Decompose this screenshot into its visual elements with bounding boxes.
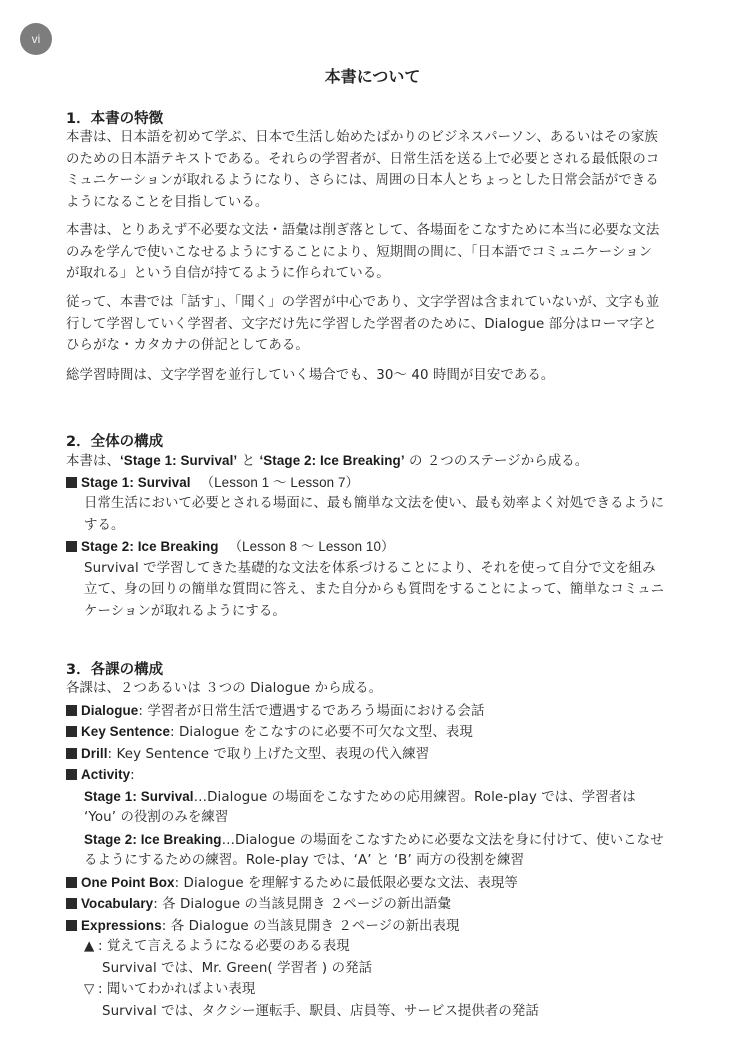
item-term: Activity [81,767,130,782]
text-line: 行して学習していく学習者、文字だけ先に学習した学習者のために、Dialogue … [66,314,696,336]
square-bullet-icon [66,705,77,716]
outline-triangle-icon: ▽ [84,979,98,1001]
stage2-name: ‘Stage 2: Ice Breaking’ [259,453,404,468]
text-line: 本書は、とりあえず不必要な文法・語彙は削ぎ落として、各場面をこなすために本当に必… [66,220,696,242]
section2-intro: 本書は、‘Stage 1: Survival’ と ‘Stage 2: Ice … [66,450,696,472]
list-item: Dialogue: 学習者が日常生活で遭遇するであろう場面における会話 [66,700,696,722]
mark-label: : 聞いてわかればよい表現 [98,982,255,997]
item-desc: : Dialogue をこなすのに必要不可欠な文型、表現 [170,725,473,740]
item-term: Expressions [81,918,162,933]
item-term: Vocabulary [81,896,153,911]
section3-intro: 各課は、２つあるいは ３つの Dialogue から成る。 [66,678,696,700]
text-line: ケーションが取れるようにする。 [66,601,696,623]
item-term: Dialogue [81,703,138,718]
filled-triangle-icon: ▲ [84,936,98,958]
list-item: Expressions: 各 Dialogue の当該見開き ２ページの新出表現 [66,915,696,937]
text: 本書は、 [66,454,120,469]
square-bullet-icon [66,726,77,737]
page-number-badge: vi [20,23,52,55]
text: と [237,454,259,469]
text: の ２つのステージから成る。 [405,454,589,469]
section1-heading: 1．本書の特徴 [66,107,696,128]
text-line: 本書は、日本語を初めて学ぶ、日本で生活し始めたばかりのビジネスパーソン、あるいは… [66,127,696,149]
page-title: 本書について [0,64,745,87]
activity-desc: …Dialogue の場面をこなすために必要な文法を身に付けて、使いこなせ [222,833,664,848]
square-bullet-icon [66,769,77,780]
text-line: Survival では、タクシー運転手、駅員、店員等、サービス提供者の発話 [66,1001,696,1023]
square-bullet-icon [66,748,77,759]
activity-stage2: Stage 2: Ice Breaking…Dialogue の場面をこなすため… [66,829,696,851]
section1-para3: 従って、本書では「話す」、「聞く」の学習が中心であり、文字学習は含まれていないが… [66,292,696,357]
text-line: るようにするための練習。Role-play では、‘A’ と ‘B’ 両方の役割… [66,850,696,872]
square-bullet-icon [66,920,77,931]
stage1-range: （Lesson 1 ～ Lesson 7） [191,475,359,490]
section1-para1: 本書は、日本語を初めて学ぶ、日本で生活し始めたばかりのビジネスパーソン、あるいは… [66,127,696,213]
text-line: 総学習時間は、文字学習を並行していく場合でも、30～ 40 時間が目安である。 [66,365,696,387]
text-line: ミュニケーションが取れるようになり、さらには、周囲の日本人とちょっとした日常会話… [66,170,696,192]
section3-heading: 3．各課の構成 [66,658,696,679]
activity-desc: …Dialogue の場面をこなすための応用練習。Role-play では、学習… [194,790,636,805]
mark-item: ▽: 聞いてわかればよい表現 [66,979,696,1001]
activity-stage1: Stage 1: Survival…Dialogue の場面をこなすための応用練… [66,786,696,808]
text-line: Survival で学習してきた基礎的な文法を体系づけることにより、それを使って… [66,558,696,580]
activity-stage-label: Stage 1: Survival [84,789,194,804]
section1-para2: 本書は、とりあえず不必要な文法・語彙は削ぎ落として、各場面をこなすために本当に必… [66,220,696,285]
text-line: 従って、本書では「話す」、「聞く」の学習が中心であり、文字学習は含まれていないが… [66,292,696,314]
activity-stage-label: Stage 2: Ice Breaking [84,832,222,847]
item-desc: : 学習者が日常生活で遭遇するであろう場面における会話 [138,704,484,719]
section2-body: 本書は、‘Stage 1: Survival’ と ‘Stage 2: Ice … [66,450,696,622]
stage1-name: ‘Stage 1: Survival’ [120,453,237,468]
item-desc: : Dialogue を理解するために最低限必要な文法、表現等 [175,876,518,891]
section2-heading: 2．全体の構成 [66,430,696,451]
text-line: のための日本語テキストである。それらの学習者が、日常生活を送る上で必要とされる最… [66,149,696,171]
list-item: Activity: [66,764,696,786]
list-item: Drill: Key Sentence で取り上げた文型、表現の代入練習 [66,743,696,765]
text-line: ‘You’ の役割のみを練習 [66,807,696,829]
square-bullet-icon [66,477,77,488]
item-desc: : [130,768,135,783]
text-line: ひらがな・カタカナの併記としてある。 [66,335,696,357]
list-item: Vocabulary: 各 Dialogue の当該見開き ２ページの新出語彙 [66,893,696,915]
mark-label: : 覚えて言えるようになる必要のある表現 [98,939,350,954]
list-item: One Point Box: Dialogue を理解するために最低限必要な文法… [66,872,696,894]
text-line: が取れる」という自信が持てるように作られている。 [66,263,696,285]
square-bullet-icon [66,898,77,909]
item-desc: : Key Sentence で取り上げた文型、表現の代入練習 [108,747,430,762]
text-line: する。 [66,515,696,537]
text-line: Survival では、Mr. Green( 学習者 ) の発話 [66,958,696,980]
item-desc: : 各 Dialogue の当該見開き ２ページの新出表現 [162,919,460,934]
stage2-label: Stage 2: Ice Breaking [81,539,219,554]
item-term: Drill [81,746,108,761]
text-line: 立て、身の回りの簡単な質問に答え、また自分からも質問をすることによって、簡単なコ… [66,579,696,601]
list-item: Key Sentence: Dialogue をこなすのに必要不可欠な文型、表現 [66,721,696,743]
stage1-heading: Stage 1: Survival（Lesson 1 ～ Lesson 7） [66,472,696,494]
item-desc: : 各 Dialogue の当該見開き ２ページの新出語彙 [153,897,451,912]
section3-body: 各課は、２つあるいは ３つの Dialogue から成る。 Dialogue: … [66,678,696,1022]
text-line: ようになることを目指している。 [66,192,696,214]
square-bullet-icon [66,877,77,888]
item-term: One Point Box [81,875,175,890]
stage2-range: （Lesson 8 ～ Lesson 10） [219,539,395,554]
section1-para4: 総学習時間は、文字学習を並行していく場合でも、30～ 40 時間が目安である。 [66,365,696,387]
stage1-label: Stage 1: Survival [81,475,191,490]
text-line: 日常生活において必要とされる場面に、最も簡単な文法を使い、最も効率よく対処できる… [66,493,696,515]
stage2-heading: Stage 2: Ice Breaking（Lesson 8 ～ Lesson … [66,536,696,558]
mark-item: ▲: 覚えて言えるようになる必要のある表現 [66,936,696,958]
text-line: のみを学んで使いこなせるようにすることにより、短期間の間に、「日本語でコミュニケ… [66,242,696,264]
item-term: Key Sentence [81,724,170,739]
square-bullet-icon [66,541,77,552]
